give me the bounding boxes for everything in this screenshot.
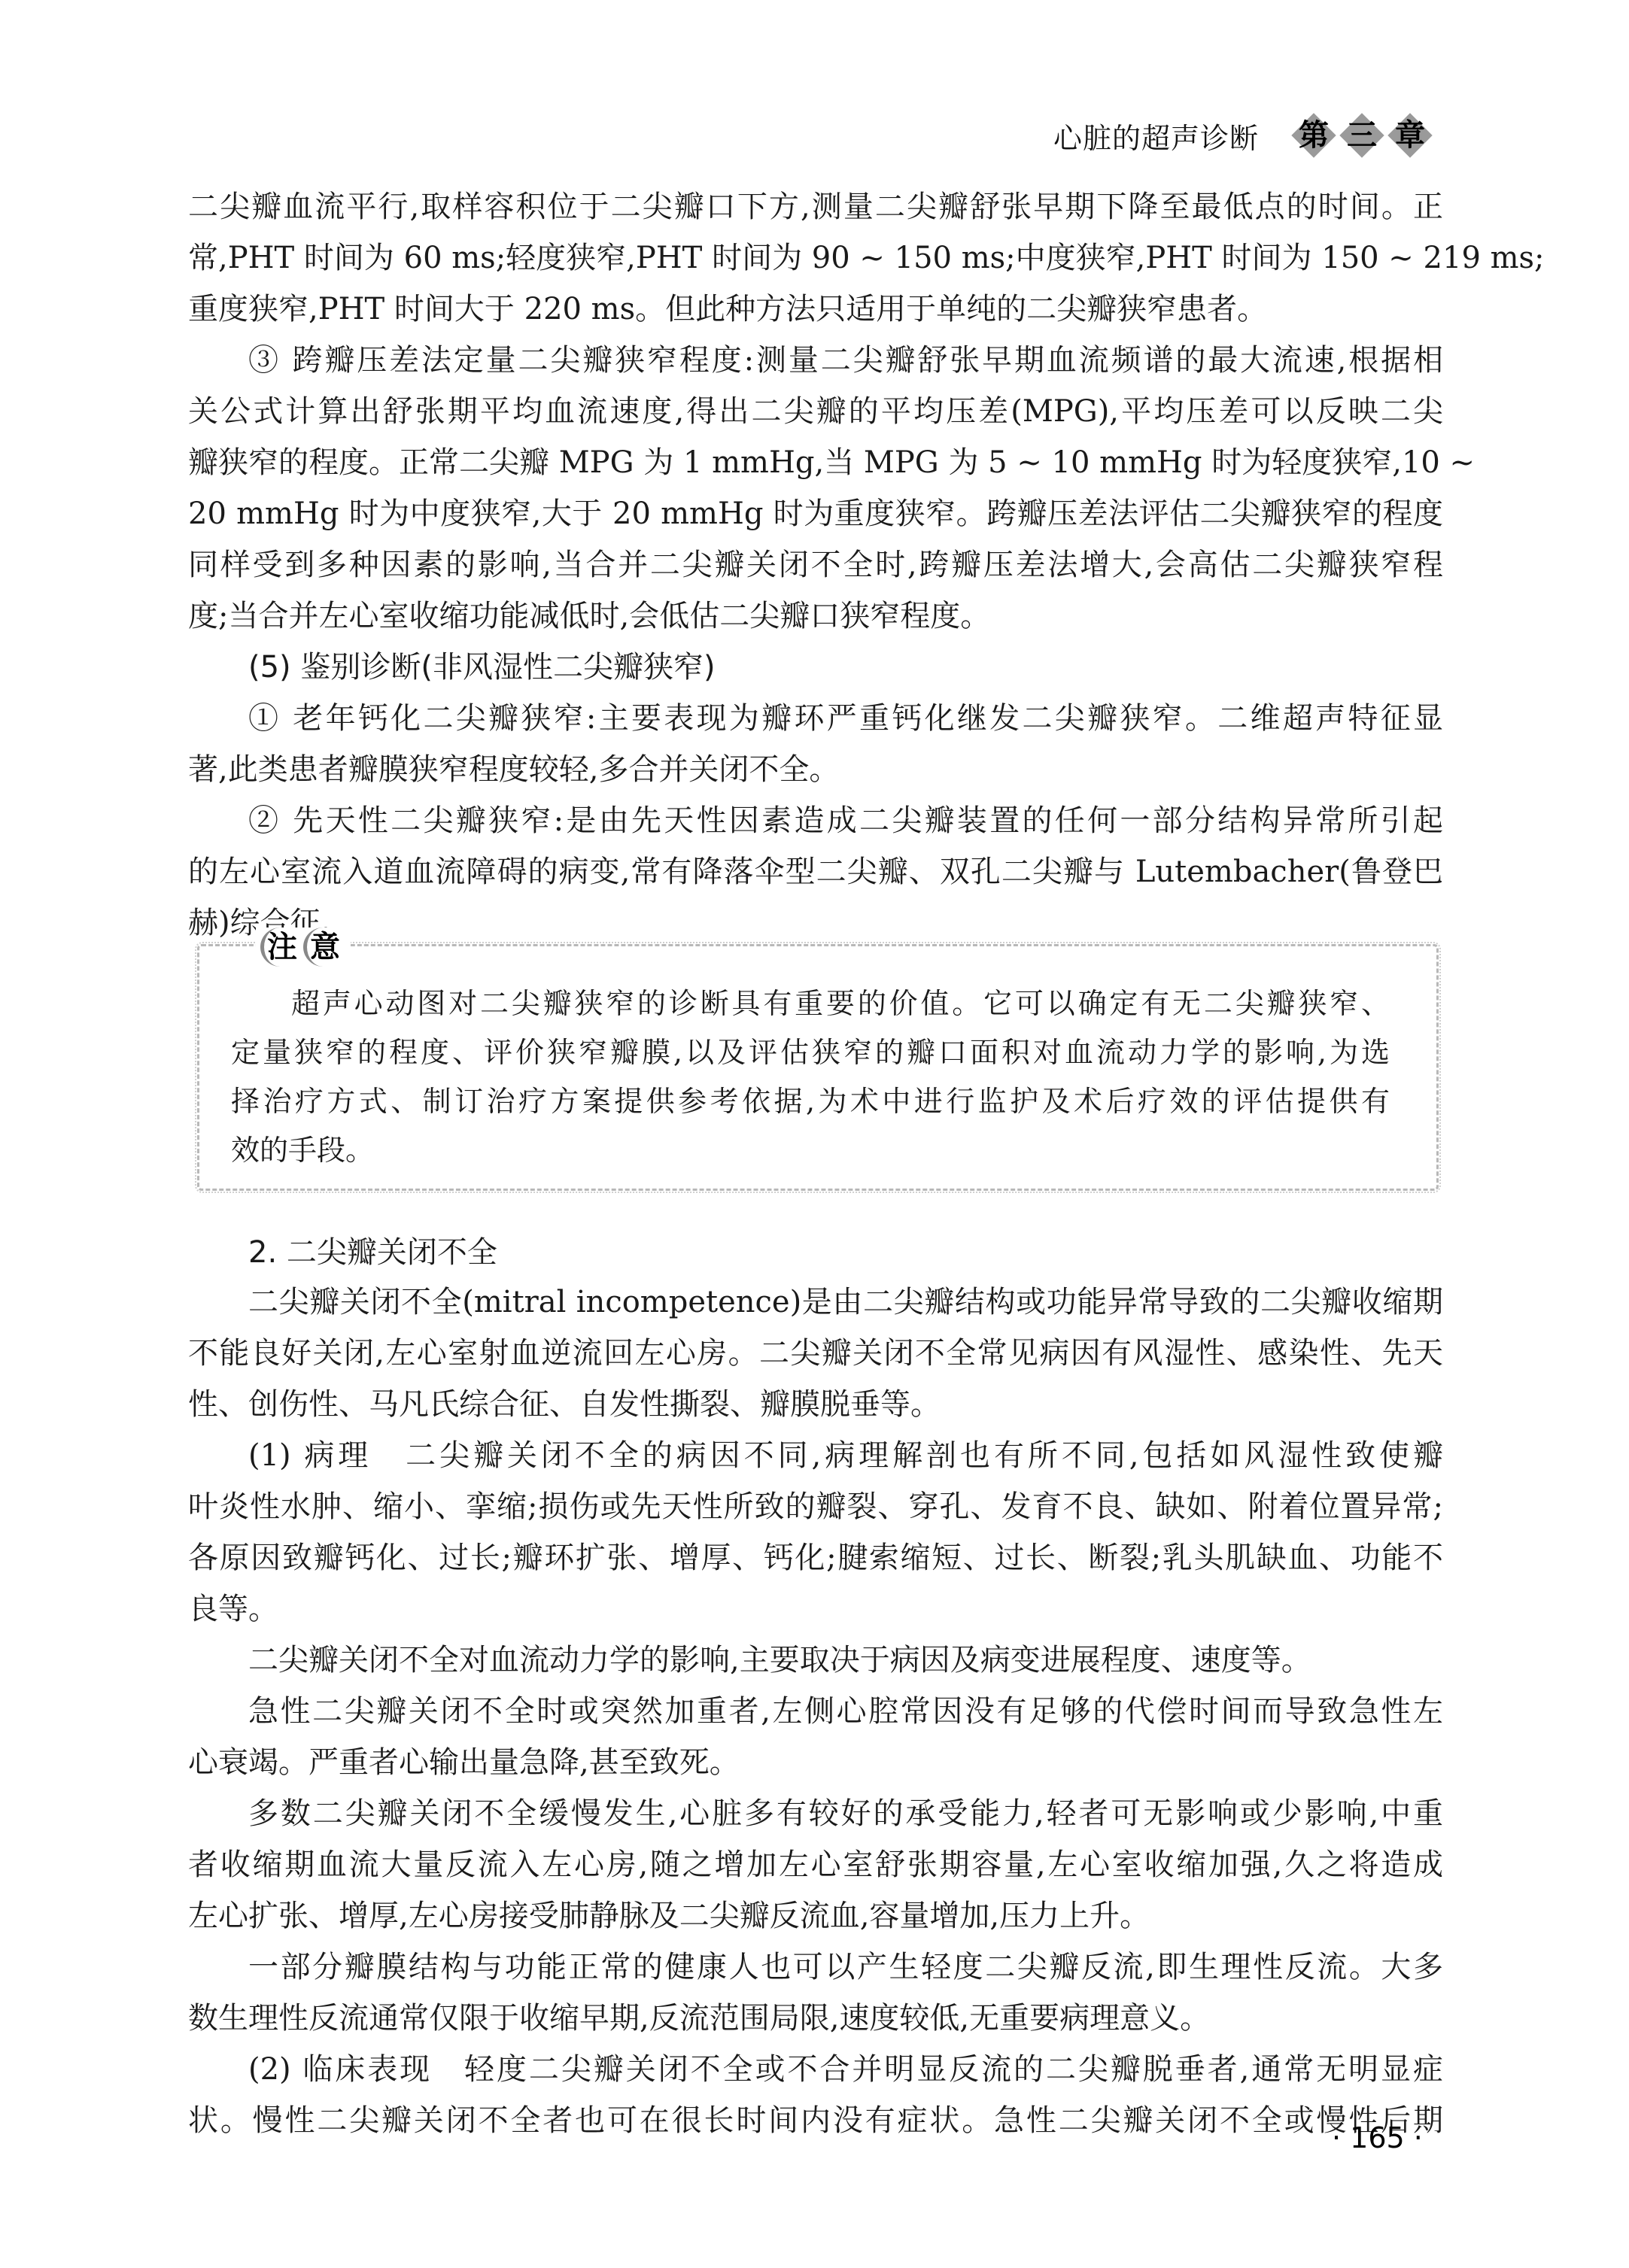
- text-line: 者收缩期血流大量反流入左心房,随之增加左心室舒张期容量,左心室收缩加强,久之将造…: [188, 1846, 1443, 1884]
- note-badge: 注 意: [256, 928, 351, 967]
- text-line: 常,PHT 时间为 60 ms;轻度狭窄,PHT 时间为 90 ~ 150 ms…: [188, 239, 1443, 277]
- text-line: 叶炎性水肿、缩小、挛缩;损伤或先天性所致的瓣裂、穿孔、发育不良、缺如、附着位置异…: [188, 1488, 1443, 1526]
- text-line: 著,此类患者瓣膜狭窄程度较轻,多合并关闭不全。: [188, 751, 1443, 788]
- text-line: 急性二尖瓣关闭不全时或突然加重者,左侧心腔常因没有足够的代偿时间而导致急性左: [248, 1693, 1443, 1730]
- note-badge-char: 注: [260, 928, 300, 967]
- text-line: 多数二尖瓣关闭不全缓慢发生,心脏多有较好的承受能力,轻者可无影响或少影响,中重: [248, 1795, 1443, 1832]
- text-line: 超声心动图对二尖瓣狭窄的诊断具有重要的价值。它可以确定有无二尖瓣狭窄、: [291, 985, 1390, 1022]
- text-line: 重度狭窄,PHT 时间大于 220 ms。但此种方法只适用于单纯的二尖瓣狭窄患者…: [188, 290, 1443, 328]
- text-line: 二尖瓣关闭不全(mitral incompetence)是由二尖瓣结构或功能异常…: [248, 1283, 1443, 1321]
- text-line: 良等。: [188, 1590, 1443, 1628]
- chapter-badge: 第 三 章: [1289, 112, 1433, 159]
- text-line: 心衰竭。严重者心输出量急降,甚至致死。: [188, 1744, 1443, 1781]
- text-line: 20 mmHg 时为中度狭窄,大于 20 mmHg 时为重度狭窄。跨瓣压差法评估…: [188, 495, 1443, 533]
- chapter-diamond-icon: 三: [1339, 112, 1385, 159]
- page-number: · 165 ·: [1332, 2121, 1423, 2154]
- text-line: 定量狭窄的程度、评价狭窄瓣膜,以及评估狭窄的瓣口面积对血流动力学的影响,为选: [231, 1034, 1390, 1070]
- text-line: 各原因致瓣钙化、过长;瓣环扩张、增厚、钙化;腱索缩短、过长、断裂;乳头肌缺血、功…: [188, 1539, 1443, 1577]
- section-heading: (5) 鉴别诊断(非风湿性二尖瓣狭窄): [248, 648, 1443, 686]
- text-line: 关公式计算出舒张期平均血流速度,得出二尖瓣的平均压差(MPG),平均压差可以反映…: [188, 393, 1443, 430]
- text-line: 左心扩张、增厚,左心房接受肺静脉及二尖瓣反流血,容量增加,压力上升。: [188, 1897, 1443, 1935]
- chapter-diamond-icon: 章: [1387, 112, 1433, 159]
- text-line: 的左心室流入道血流障碍的病变,常有降落伞型二尖瓣、双孔二尖瓣与 Lutembac…: [188, 853, 1443, 891]
- text-line: 择治疗方式、制订治疗方案提供参考依据,为术中进行监护及术后疗效的评估提供有: [231, 1083, 1390, 1119]
- note-badge-char: 意: [303, 928, 343, 967]
- text-line: (2) 临床表现 轻度二尖瓣关闭不全或不合并明显反流的二尖瓣脱垂者,通常无明显症: [248, 2051, 1443, 2088]
- text-line: 一部分瓣膜结构与功能正常的健康人也可以产生轻度二尖瓣反流,即生理性反流。大多: [248, 1948, 1443, 1986]
- text-line: 瓣狭窄的程度。正常二尖瓣 MPG 为 1 mmHg,当 MPG 为 5 ~ 10…: [188, 444, 1443, 481]
- text-line: 同样受到多种因素的影响,当合并二尖瓣关闭不全时,跨瓣压差法增大,会高估二尖瓣狭窄…: [188, 546, 1443, 584]
- text-line: 数生理性反流通常仅限于收缩早期,反流范围局限,速度较低,无重要病理意义。: [188, 1999, 1443, 2037]
- text-line: 度;当合并左心室收缩功能减低时,会低估二尖瓣口狭窄程度。: [188, 597, 1443, 635]
- text-line: 不能良好关闭,左心室射血逆流回左心房。二尖瓣关闭不全常见病因有风湿性、感染性、先…: [188, 1334, 1443, 1372]
- text-line: 二尖瓣血流平行,取样容积位于二尖瓣口下方,测量二尖瓣舒张早期下降至最低点的时间。…: [188, 188, 1443, 226]
- text-line: ② 先天性二尖瓣狭窄:是由先天性因素造成二尖瓣装置的任何一部分结构异常所引起: [248, 802, 1443, 839]
- section-heading: 2. 二尖瓣关闭不全: [248, 1234, 1443, 1271]
- text-line: 性、创伤性、马凡氏综合征、自发性撕裂、瓣膜脱垂等。: [188, 1386, 1443, 1423]
- note-box: 注 意 超声心动图对二尖瓣狭窄的诊断具有重要的价值。它可以确定有无二尖瓣狭窄、定…: [197, 937, 1439, 1191]
- text-line: 二尖瓣关闭不全对血流动力学的影响,主要取决于病因及病变进展程度、速度等。: [248, 1641, 1443, 1679]
- running-title: 心脏的超声诊断: [1053, 115, 1259, 156]
- text-line: 状。慢性二尖瓣关闭不全者也可在很长时间内没有症状。急性二尖瓣关闭不全或慢性后期: [188, 2102, 1443, 2139]
- chapter-diamond-icon: 第: [1290, 112, 1337, 159]
- text-line: ① 老年钙化二尖瓣狭窄:主要表现为瓣环严重钙化继发二尖瓣狭窄。二维超声特征显: [248, 700, 1443, 737]
- text-line: 效的手段。: [231, 1132, 1390, 1168]
- text-line: ③ 跨瓣压差法定量二尖瓣狭窄程度:测量二尖瓣舒张早期血流频谱的最大流速,根据相: [248, 342, 1443, 379]
- running-header: 心脏的超声诊断 第 三 章: [1053, 113, 1433, 158]
- text-line: (1) 病理 二尖瓣关闭不全的病因不同,病理解剖也有所不同,包括如风湿性致使瓣: [248, 1437, 1443, 1474]
